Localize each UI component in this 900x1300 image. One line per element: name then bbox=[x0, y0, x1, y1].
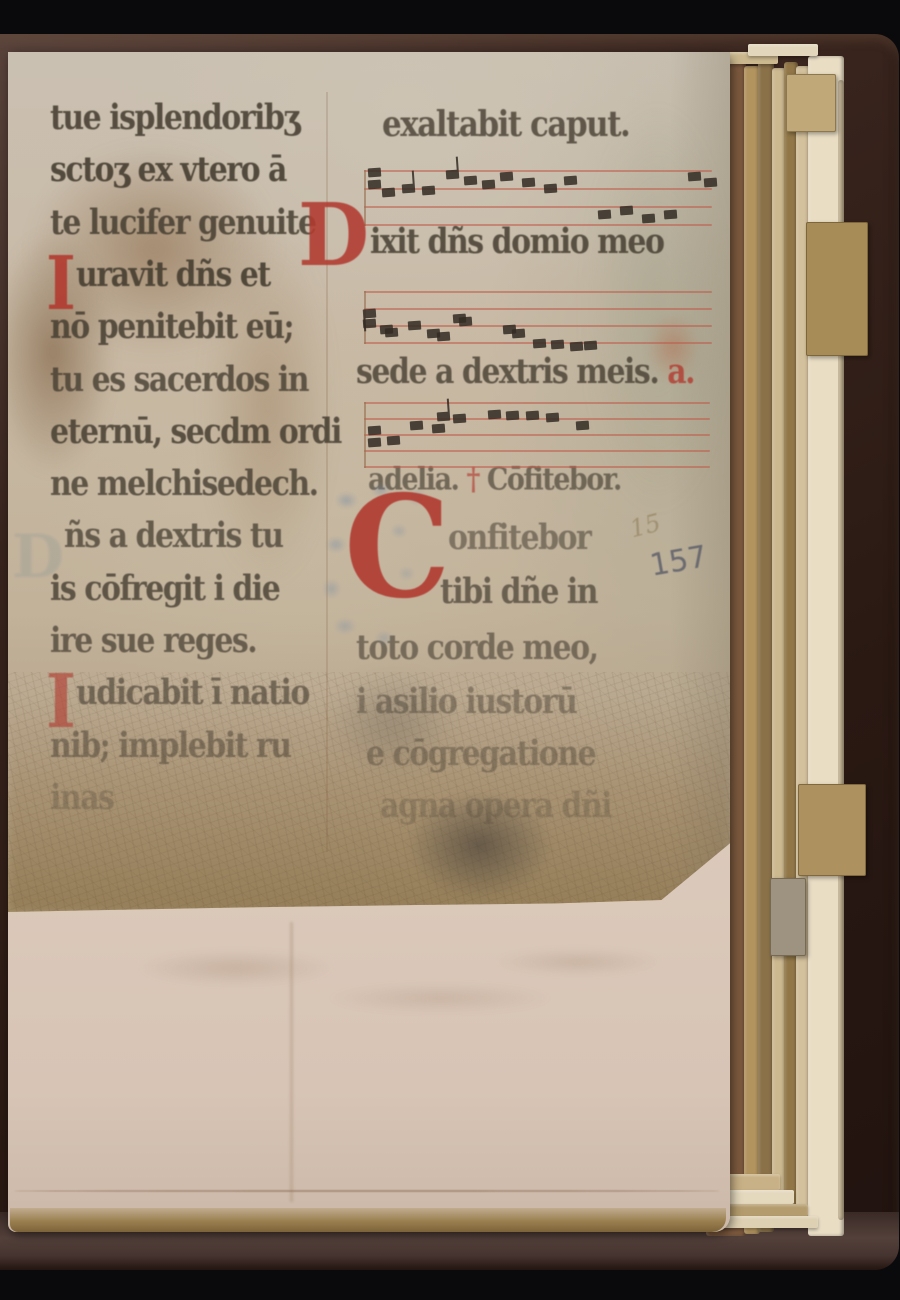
staff-left-bar bbox=[364, 402, 366, 468]
unfinished-initial-sketch: D bbox=[12, 522, 64, 592]
neume-note bbox=[437, 332, 451, 342]
neume-stem bbox=[456, 157, 459, 173]
parchment-index-tab bbox=[798, 784, 866, 876]
manuscript-text-line: nib; implebit ru bbox=[50, 726, 291, 766]
neume-note bbox=[704, 178, 718, 188]
neume-note bbox=[368, 180, 382, 190]
folio-number-ink: 15 bbox=[627, 509, 663, 544]
neume-stem bbox=[412, 171, 415, 187]
staff-line bbox=[364, 224, 712, 226]
neume-note bbox=[382, 188, 396, 198]
staff-line bbox=[364, 450, 710, 452]
neume-note bbox=[584, 341, 598, 351]
neume-note bbox=[500, 172, 514, 182]
red-initial-C-confitebor: C bbox=[344, 488, 451, 608]
red-initial-D-dixit: D bbox=[298, 200, 369, 273]
manuscript-text-line: ñs a dextris tu bbox=[64, 516, 283, 556]
manuscript-text-line: eternū, secdm ordi bbox=[50, 412, 341, 452]
neume-stem bbox=[447, 399, 450, 415]
neume-note bbox=[551, 340, 565, 350]
neume-note bbox=[570, 342, 584, 352]
staff-line bbox=[364, 434, 710, 436]
staff-line bbox=[364, 188, 712, 190]
manuscript-text-line: nō penitebit eū; bbox=[50, 307, 293, 347]
parchment-index-tab bbox=[806, 222, 868, 356]
staff-line bbox=[364, 206, 712, 208]
manuscript-text-line: exaltabit caput. bbox=[382, 104, 629, 145]
neume-note bbox=[368, 426, 382, 436]
text-segment: agna opera dñi bbox=[380, 786, 611, 826]
staff-line bbox=[364, 308, 712, 310]
neume-note bbox=[598, 210, 612, 220]
staff-line bbox=[364, 170, 712, 172]
page-bottom-edge bbox=[10, 1208, 726, 1232]
neume-note bbox=[408, 321, 422, 331]
text-segment: i asilio iustorū bbox=[356, 682, 576, 722]
neume-note bbox=[363, 309, 377, 319]
paper-wrinkles bbox=[68, 932, 668, 1052]
manuscript-text-line: e cōgregatione bbox=[366, 734, 595, 774]
parchment-fragment: tue isplendoribʒsctoʒ ex vtero āte lucif… bbox=[8, 52, 730, 912]
neume-note bbox=[620, 206, 634, 216]
neume-note bbox=[482, 180, 496, 190]
folio-number-pencil: 157 bbox=[647, 539, 709, 583]
neume-note bbox=[363, 319, 377, 329]
manuscript-text-line: is cōfregit i die bbox=[50, 569, 279, 609]
manuscript-text-line: agna opera dñi bbox=[380, 786, 611, 826]
text-segment: exaltabit caput. bbox=[382, 104, 629, 145]
neume-note bbox=[526, 411, 540, 421]
neume-note bbox=[544, 184, 558, 194]
manuscript-text-line: inas bbox=[50, 778, 114, 818]
neume-note bbox=[385, 328, 399, 338]
neume-note bbox=[512, 329, 526, 339]
manuscript-text-line: te lucifer genuite bbox=[50, 203, 316, 243]
neume-note bbox=[564, 176, 578, 186]
neume-note bbox=[446, 170, 460, 180]
neume-note bbox=[410, 421, 424, 431]
manuscript-text-line: udicabit ī natioI bbox=[76, 673, 309, 713]
neume-note bbox=[459, 317, 473, 327]
neume-note bbox=[576, 421, 590, 431]
text-segment: e cōgregatione bbox=[366, 734, 595, 774]
neume-note bbox=[522, 178, 536, 188]
manuscript-text-line: ne melchisedech. bbox=[50, 464, 318, 504]
manuscript-text-line: sctoʒ ex vtero ā bbox=[50, 150, 286, 190]
under-sheet-edge bbox=[14, 1190, 720, 1192]
parchment-index-tab bbox=[786, 74, 836, 132]
manuscript-text-line: tue isplendoribʒ bbox=[50, 98, 299, 138]
neume-note bbox=[464, 176, 478, 186]
music-staff bbox=[358, 164, 712, 250]
neume-note bbox=[402, 184, 416, 194]
music-staff bbox=[358, 285, 712, 367]
neume-note bbox=[688, 172, 702, 182]
neume-note bbox=[422, 186, 436, 196]
manuscript-text-line: i asilio iustorū bbox=[356, 682, 576, 722]
neume-note bbox=[488, 410, 502, 420]
backing-paper-page: tue isplendoribʒsctoʒ ex vtero āte lucif… bbox=[8, 52, 730, 1232]
manuscript-photograph: tue isplendoribʒsctoʒ ex vtero āte lucif… bbox=[0, 0, 900, 1300]
neume-note bbox=[368, 438, 382, 448]
neume-note bbox=[387, 436, 401, 446]
manuscript-text-line: ire sue reges. bbox=[50, 621, 256, 661]
neume-note bbox=[642, 214, 656, 224]
neume-note bbox=[368, 168, 382, 178]
neume-note bbox=[453, 414, 467, 424]
staff-line bbox=[364, 402, 710, 404]
neume-note bbox=[432, 424, 446, 434]
neume-note bbox=[437, 412, 451, 422]
parchment-index-tab bbox=[770, 878, 806, 956]
neume-note bbox=[506, 411, 520, 421]
manuscript-text-line: uravit dñs etI bbox=[76, 255, 270, 295]
neume-note bbox=[664, 210, 678, 220]
manuscript-text-line: tu es sacerdos in bbox=[50, 360, 308, 400]
neume-note bbox=[533, 339, 547, 349]
page-corner-step bbox=[748, 44, 818, 56]
staff-line bbox=[364, 291, 712, 293]
neume-note bbox=[546, 413, 560, 423]
stain bbox=[8, 692, 730, 912]
